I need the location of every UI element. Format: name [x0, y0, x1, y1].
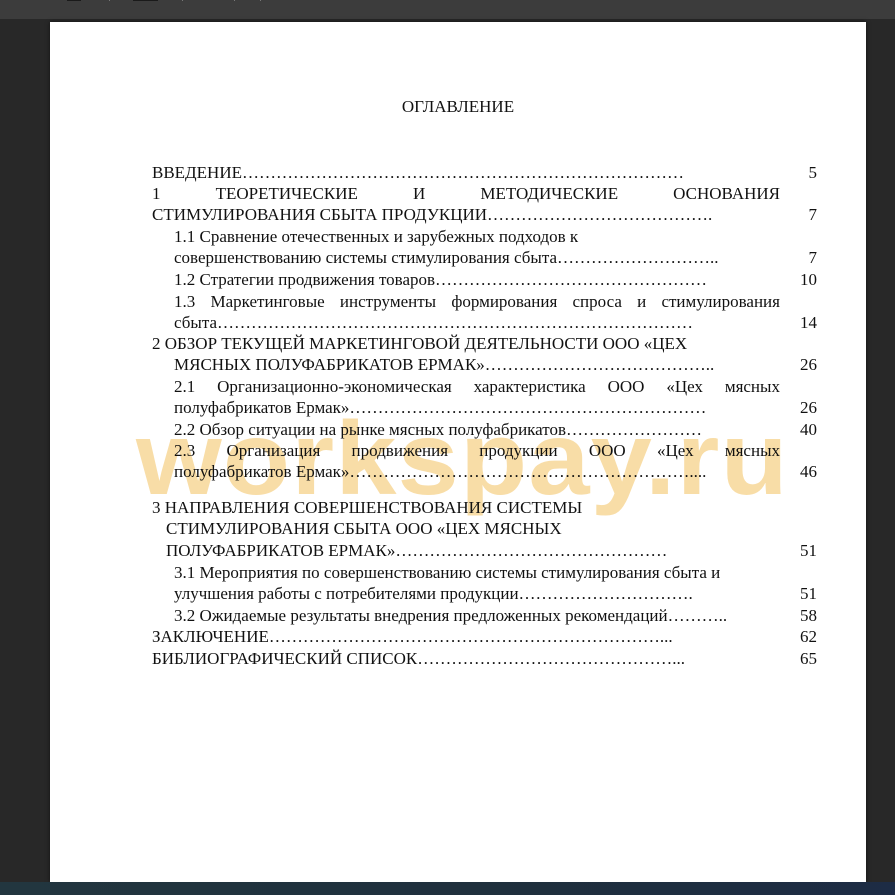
toc-page-number: 7 [777, 247, 817, 268]
toc-page-number: 10 [777, 269, 817, 290]
toc-entry-text: 1.1 Сравнение отечественных и зарубежных… [174, 226, 778, 247]
toc-entry-text: 2 ОБЗОР ТЕКУЩЕЙ МАРКЕТИНГОВОЙ ДЕЯТЕЛЬНОС… [152, 333, 780, 354]
toc-page-number: 26 [777, 397, 817, 418]
taskbar [0, 882, 895, 895]
toc-entry-text: МЯСНЫХ ПОЛУФАБРИКАТОВ ЕРМАК»………………………………… [174, 354, 780, 375]
toc-entry-text: ВВЕДЕНИЕ…………………………………………………………………… [152, 162, 780, 183]
toc-entry-text: 1.3Маркетинговыеинструментыформированияс… [174, 291, 780, 312]
toc-page-number: 46 [777, 461, 817, 482]
toc-entry-text: 3.2 Ожидаемые результаты внедрения предл… [174, 605, 780, 626]
page-title: ОГЛАВЛЕНИЕ [50, 97, 866, 117]
toc-page-number: 5 [777, 162, 817, 183]
toolbar-separator [234, 0, 235, 1]
toolbar-tab-marker [133, 0, 158, 1]
toc-entry-text: 1ТЕОРЕТИЧЕСКИЕИМЕТОДИЧЕСКИЕОСНОВАНИЯ [152, 183, 780, 204]
toc-entry-text: 1.2 Стратегии продвижения товаров…………………… [174, 269, 780, 290]
toc-page-number: 26 [777, 354, 817, 375]
toc-page-number: 62 [777, 626, 817, 647]
toc-page-number: 65 [777, 648, 817, 669]
toc-entry-text: 3.1 Мероприятия по совершенствованию сис… [174, 562, 780, 583]
toc-entry-text: ПОЛУФАБРИКАТОВ ЕРМАК»………………………………………… [166, 540, 780, 561]
toolbar-separator [182, 0, 183, 1]
toc-entry-text: сбыта………………………………………………………………………… [174, 312, 780, 333]
toc-entry-text: 2.1Организационно-экономическаяхарактери… [174, 376, 780, 397]
toc-entry-text: полуфабрикатов Ермак»…………………………………………………… [174, 461, 780, 482]
toc-page-number: 40 [777, 419, 817, 440]
toc-entry-text: полуфабрикатов Ермак»…………………………………………………… [174, 397, 780, 418]
toc-entry-text: улучшения работы с потребителями продукц… [174, 583, 780, 604]
document-page: workspay.ru ОГЛАВЛЕНИЕ ВВЕДЕНИЕ………………………… [50, 22, 866, 882]
toc-page-number: 51 [777, 583, 817, 604]
toc-page-number: 51 [777, 540, 817, 561]
toc-entry-text: 2.3ОрганизацияпродвиженияпродукцииООО«Це… [174, 440, 780, 461]
toc-entry-text: совершенствованию системы стимулирования… [174, 247, 778, 268]
toc-entry-text: 2.2 Обзор ситуации на рынке мясных полуф… [174, 419, 780, 440]
toc-entry-text: СТИМУЛИРОВАНИЯ СБЫТА ООО «ЦЕХ МЯСНЫХ [166, 518, 780, 539]
toc-entry-text: СТИМУЛИРОВАНИЯ СБЫТА ПРОДУКЦИИ…………………………… [152, 204, 780, 225]
toc-entry-text: БИБЛИОГРАФИЧЕСКИЙ СПИСОК……………………………………….… [152, 648, 780, 669]
viewer-toolbar [0, 0, 895, 19]
toc-page-number: 14 [777, 312, 817, 333]
toc-page-number: 7 [777, 204, 817, 225]
toc-entry-text: 3 НАПРАВЛЕНИЯ СОВЕРШЕНСТВОВАНИЯ СИСТЕМЫ [152, 497, 780, 518]
toolbar-tab-marker [67, 0, 81, 1]
toolbar-separator [109, 0, 110, 1]
toolbar-separator [260, 0, 261, 1]
toc-entry-text: ЗАКЛЮЧЕНИЕ……………………………………………………………... [152, 626, 780, 647]
toc-page-number: 58 [777, 605, 817, 626]
